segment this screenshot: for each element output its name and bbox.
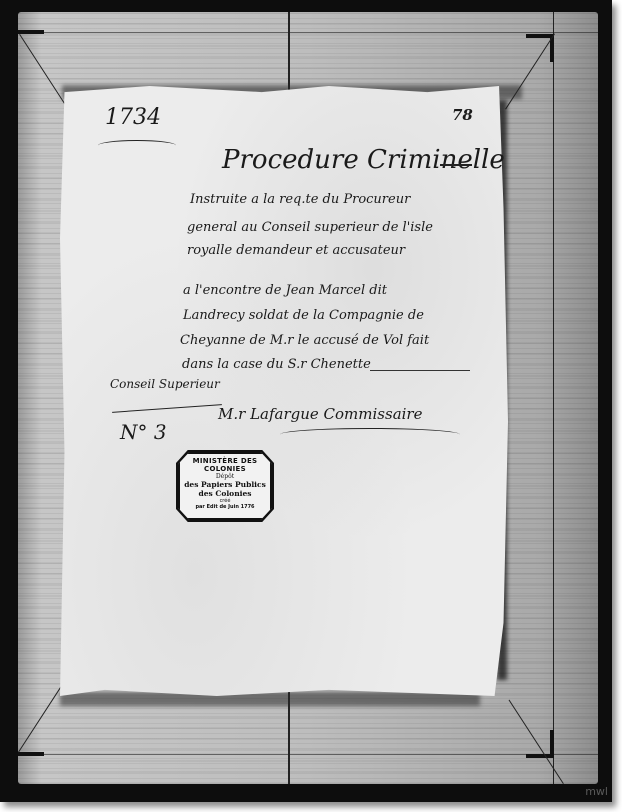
text-line-3: royalle demandeur et accusateur bbox=[187, 243, 405, 258]
stamp-colonies: des Colonies bbox=[180, 489, 270, 498]
stamp-ministry: MINISTÈRE DES COLONIES bbox=[180, 457, 270, 473]
title-flourish bbox=[440, 164, 472, 166]
folio-number: 78 bbox=[452, 106, 473, 124]
bottom-guide-line bbox=[18, 754, 598, 755]
line-7-rule bbox=[370, 370, 470, 371]
text-line-7: dans la case du S.r Chenette bbox=[182, 357, 371, 372]
margin-note: Conseil Superieur bbox=[110, 377, 220, 391]
document-number: N° 3 bbox=[120, 420, 167, 444]
diagonal-line-tl bbox=[19, 34, 66, 105]
stamp-depot: Dépôt bbox=[180, 473, 270, 480]
manuscript-page bbox=[60, 86, 508, 696]
text-line-4: a l'encontre de Jean Marcel dit bbox=[183, 283, 387, 298]
stamp-papers: des Papiers Publics bbox=[180, 480, 270, 489]
text-line-6: Cheyanne de M.r le accusé de Vol fait bbox=[180, 333, 429, 348]
year-underline bbox=[98, 140, 176, 151]
document-title: Procedure Criminelle bbox=[222, 145, 505, 175]
text-line-2: general au Conseil superieur de l'isle bbox=[187, 220, 433, 235]
corner-mark-br-v bbox=[550, 730, 554, 758]
commissioner-flourish bbox=[280, 428, 460, 441]
text-line-1: Instruite a la req.te du Procureur bbox=[190, 192, 410, 207]
top-guide-line bbox=[18, 32, 598, 33]
stamp-edict: par Edit de Juin 1776 bbox=[180, 504, 270, 510]
archive-stamp: MINISTÈRE DES COLONIES Dépôt des Papiers… bbox=[178, 452, 272, 520]
right-guide-line bbox=[553, 12, 554, 784]
document-year: 1734 bbox=[105, 105, 161, 130]
corner-mark-tl bbox=[18, 30, 44, 34]
diagonal-line-br bbox=[509, 700, 564, 784]
corner-mark-bl bbox=[18, 752, 44, 756]
commissioner-line: M.r Lafargue Commissaire bbox=[218, 405, 422, 423]
diagonal-line-bl bbox=[18, 685, 62, 753]
watermark: mwl bbox=[585, 785, 608, 798]
text-line-5: Landrecy soldat de la Compagnie de bbox=[183, 308, 424, 323]
paper-shadow-bottom bbox=[60, 692, 480, 706]
